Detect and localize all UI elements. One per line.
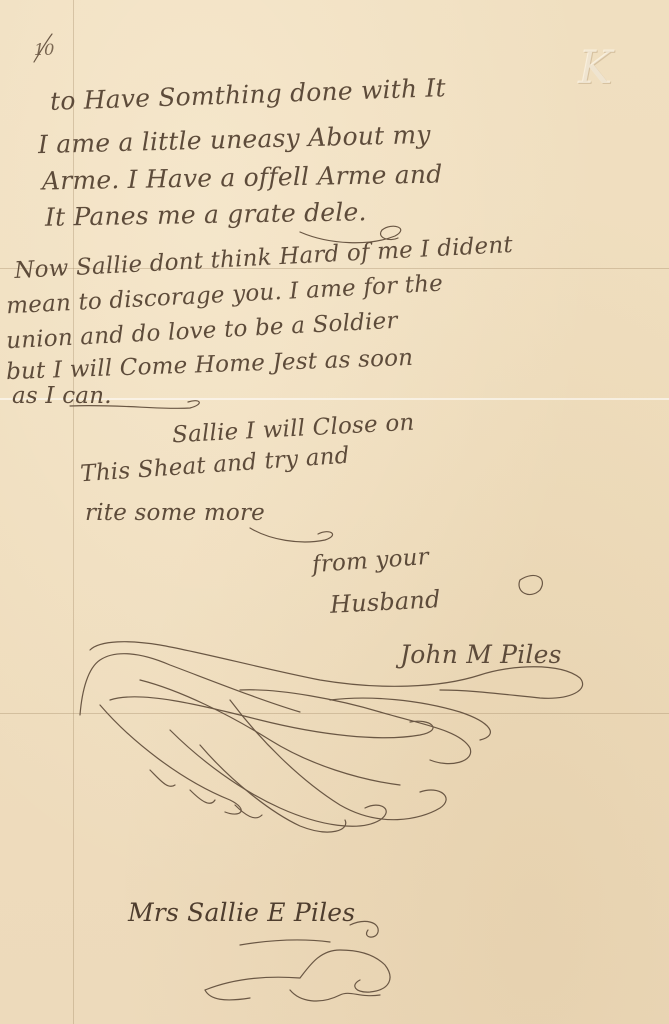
letter-line: It Panes me a grate dele. [45,197,367,232]
letter-line: as I can. [12,383,112,409]
letter-line: to Have Somthing done with It [50,73,447,116]
addressee: Mrs Sallie E Piles [128,898,355,927]
letter-page: 10 K to Have Somthing done with It I ame… [0,0,669,1024]
letter-line: This Sheat and try and [79,443,350,488]
letter-line: I ame a little uneasy About my [38,120,431,159]
fold-line [0,713,669,714]
letter-line: rite some more [85,500,265,526]
page-number: 10 [34,40,54,59]
closing-relation: Husband [329,585,441,619]
embossed-stationery-mark: K [578,40,628,96]
signature: John M Piles [400,640,562,669]
valediction: from your [311,544,429,578]
letter-line: Arme. I Have a offell Arme and [42,160,443,196]
letter-line: Sallie I will Close on [171,410,415,449]
